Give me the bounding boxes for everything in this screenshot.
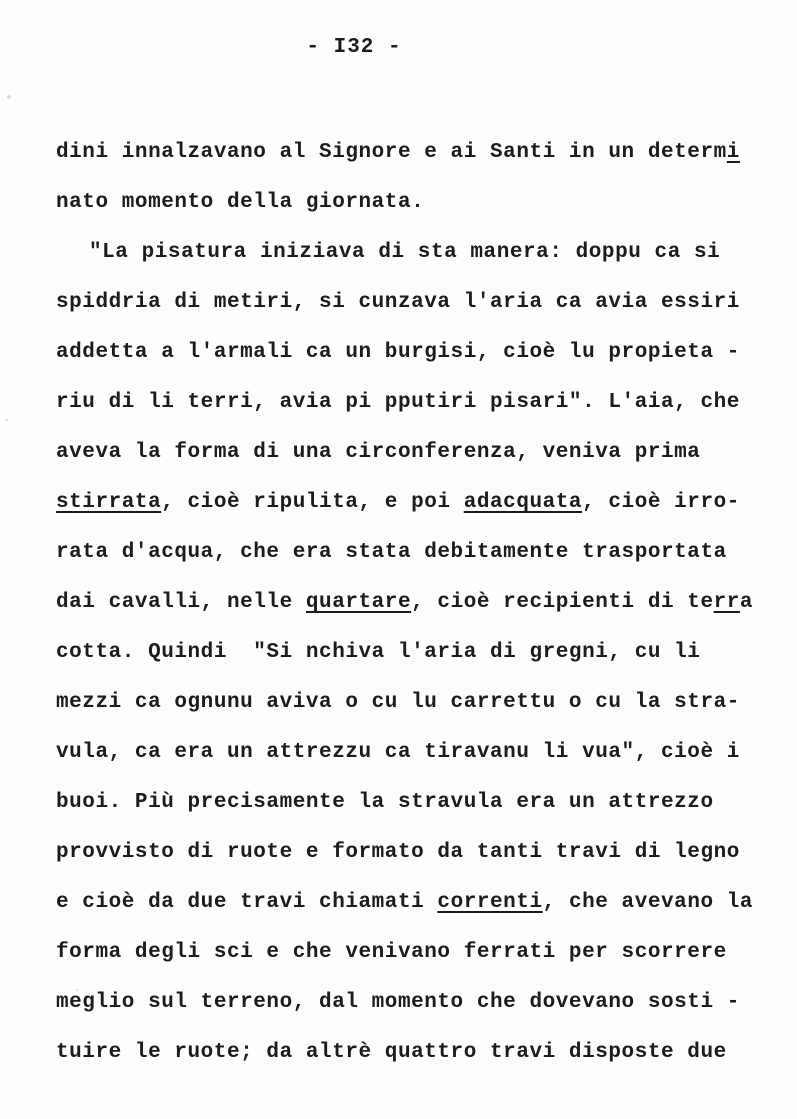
text-segment: vula, ca era un attrezzu ca tiravanu li … — [56, 741, 740, 764]
document-body: dini innalzavano al Signore e ai Santi i… — [56, 128, 756, 1078]
text-line: dini innalzavano al Signore e ai Santi i… — [56, 128, 756, 178]
text-line: buoi. Più precisamente la stravula era u… — [56, 778, 756, 828]
text-line: e cioè da due travi chiamati correnti, c… — [56, 878, 756, 928]
text-segment: dai cavalli, nelle — [56, 591, 306, 614]
text-segment: forma degli sci e che venivano ferrati p… — [56, 941, 727, 964]
text-line: aveva la forma di una circonferenza, ven… — [56, 428, 756, 478]
underlined-text-segment: quartare — [306, 591, 411, 614]
text-line: tuire le ruote; da altrè quattro travi d… — [56, 1028, 756, 1078]
text-segment: meglio sul terreno, dal momento che dove… — [56, 991, 740, 1014]
scanned-typewritten-page: - I32 - dini innalzavano al Signore e ai… — [0, 0, 797, 1119]
underlined-text-segment: i — [727, 141, 740, 164]
text-segment: cotta. Quindi "Si nchiva l'aria di gregn… — [56, 641, 700, 664]
text-segment: , cioè irro- — [582, 491, 740, 514]
text-segment: mezzi ca ognunu aviva o cu lu carrettu o… — [56, 691, 740, 714]
text-line: mezzi ca ognunu aviva o cu lu carrettu o… — [56, 678, 756, 728]
text-segment: riu di li terri, avia pi pputiri pisari"… — [56, 391, 740, 414]
text-line: dai cavalli, nelle quartare, cioè recipi… — [56, 578, 756, 628]
text-line: provvisto di ruote e formato da tanti tr… — [56, 828, 756, 878]
text-segment: , che avevano la — [543, 891, 753, 914]
underlined-text-segment: adacquata — [464, 491, 582, 514]
text-segment: buoi. Più precisamente la stravula era u… — [56, 791, 714, 814]
text-line: "La pisatura iniziava di sta manera: dop… — [56, 228, 756, 278]
text-segment: , cioè ripulita, e poi — [161, 491, 464, 514]
page-number: - I32 - — [0, 36, 708, 59]
text-segment: addetta a l'armali ca un burgisi, cioè l… — [56, 341, 740, 364]
text-line: forma degli sci e che venivano ferrati p… — [56, 928, 756, 978]
text-line: rata d'acqua, che era stata debitamente … — [56, 528, 756, 578]
underlined-text-segment: correnti — [437, 891, 542, 914]
text-segment: a — [740, 591, 753, 614]
underlined-text-segment: stirrata — [56, 491, 161, 514]
text-segment: aveva la forma di una circonferenza, ven… — [56, 441, 700, 464]
text-segment: nato momento della giornata. — [56, 191, 424, 214]
underlined-text-segment: rr — [714, 591, 740, 614]
text-line: spiddria di metiri, si cunzava l'aria ca… — [56, 278, 756, 328]
text-segment: tuire le ruote; da altrè quattro travi d… — [56, 1041, 727, 1064]
text-line: riu di li terri, avia pi pputiri pisari"… — [56, 378, 756, 428]
text-segment: spiddria di metiri, si cunzava l'aria ca… — [56, 291, 740, 314]
text-line: stirrata, cioè ripulita, e poi adacquata… — [56, 478, 756, 528]
text-segment: "La pisatura iniziava di sta manera: dop… — [89, 241, 720, 264]
text-segment: e cioè da due travi chiamati — [56, 891, 437, 914]
text-segment: dini innalzavano al Signore e ai Santi i… — [56, 141, 727, 164]
text-segment: provvisto di ruote e formato da tanti tr… — [56, 841, 740, 864]
text-line: addetta a l'armali ca un burgisi, cioè l… — [56, 328, 756, 378]
text-segment: rata d'acqua, che era stata debitamente … — [56, 541, 727, 564]
text-line: meglio sul terreno, dal momento che dove… — [56, 978, 756, 1028]
text-line: cotta. Quindi "Si nchiva l'aria di gregn… — [56, 628, 756, 678]
text-line: vula, ca era un attrezzu ca tiravanu li … — [56, 728, 756, 778]
text-segment: , cioè recipienti di te — [411, 591, 714, 614]
text-line: nato momento della giornata. — [56, 178, 756, 228]
